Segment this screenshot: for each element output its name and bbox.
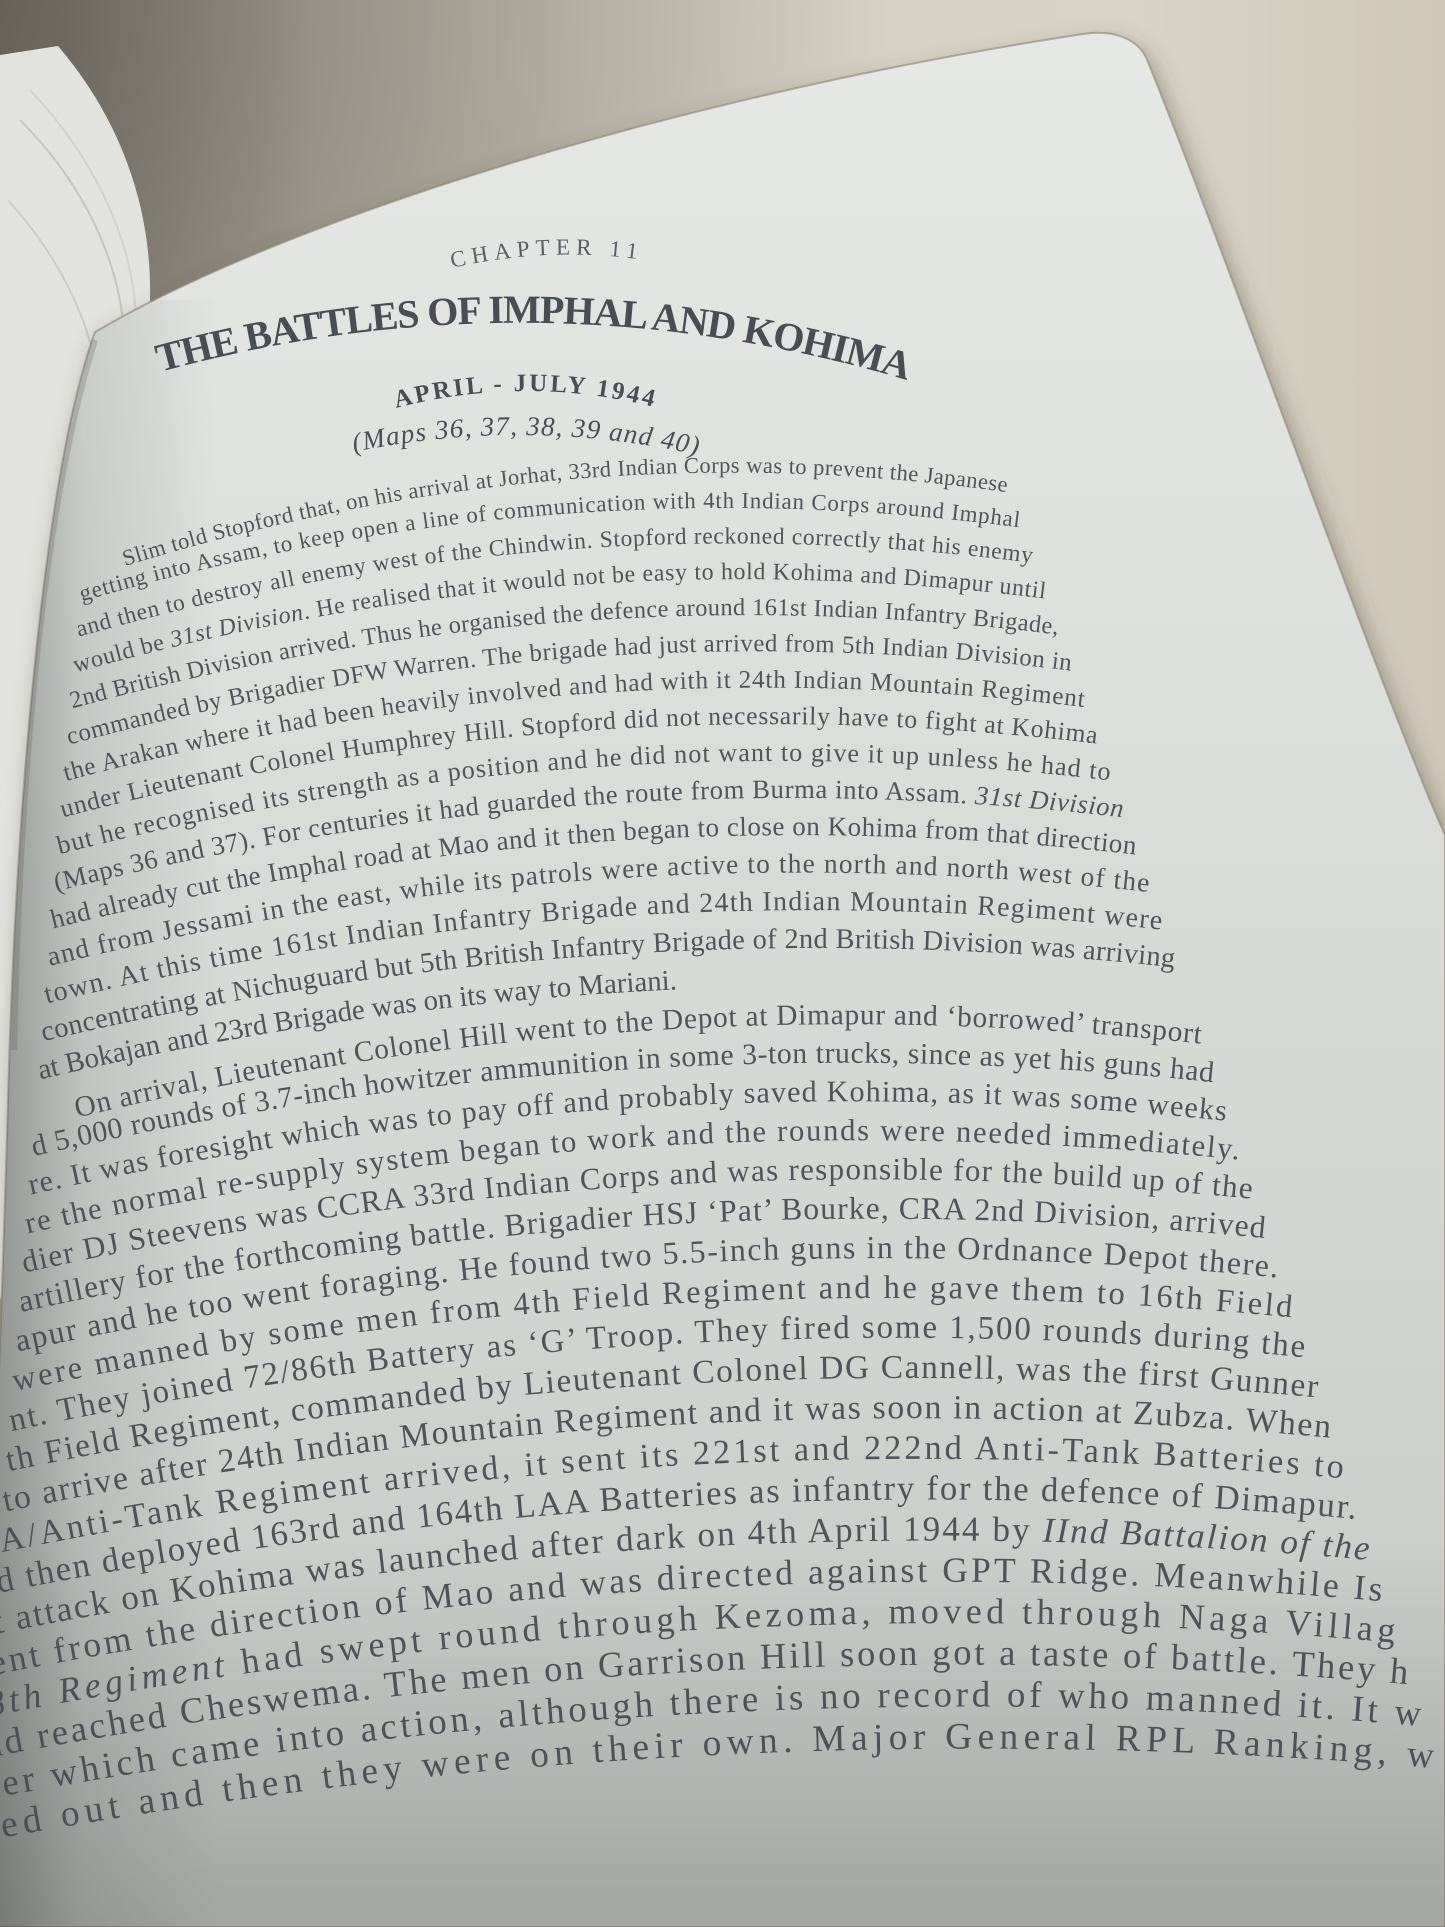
book-page-photo: CHAPTER 11THE BATTLES OF IMPHAL AND KOHI… bbox=[0, 0, 1445, 1927]
book-page-scene: CHAPTER 11THE BATTLES OF IMPHAL AND KOHI… bbox=[0, 0, 1445, 1927]
